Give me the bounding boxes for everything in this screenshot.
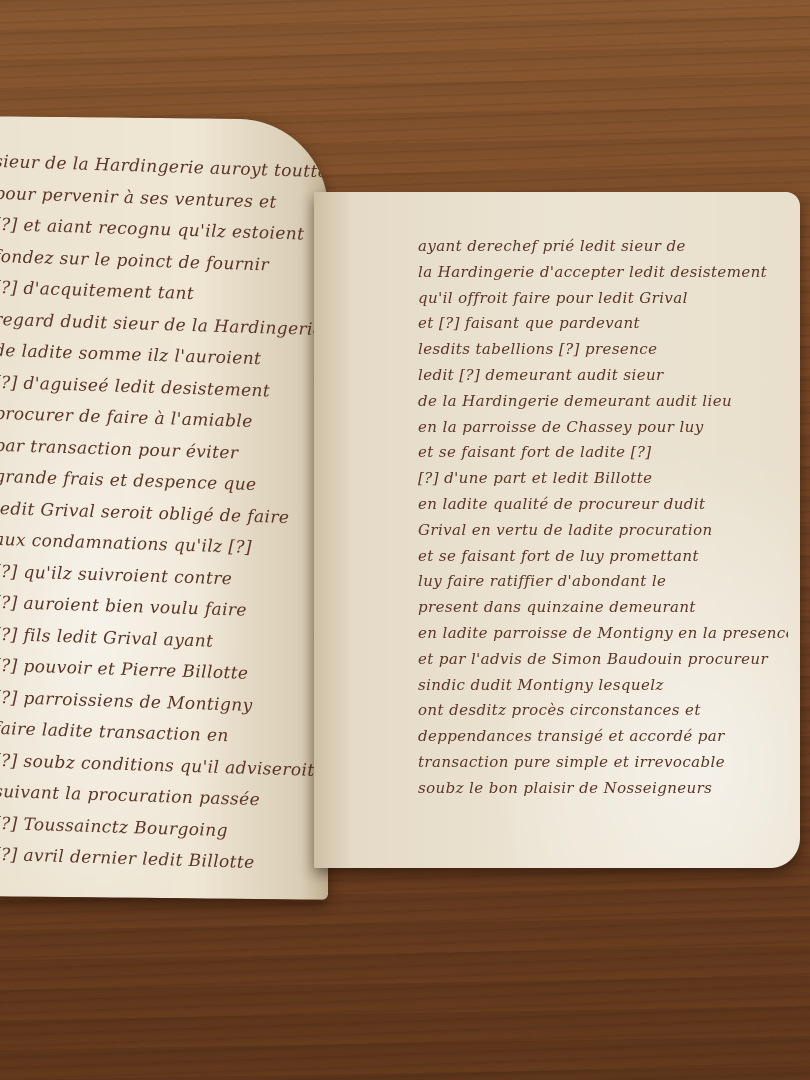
handwritten-line: transaction pure simple et irrevocable xyxy=(418,750,788,776)
handwritten-line: et par l'advis de Simon Baudouin procure… xyxy=(418,647,788,673)
handwritten-line: Grival en vertu de ladite procuration xyxy=(418,518,788,544)
left-manuscript-page: sieur de la Hardingerie auroyt toutteffo… xyxy=(0,116,328,900)
handwritten-line: et se faisant fort de ladite [?] xyxy=(418,440,788,466)
handwritten-line: ayant derechef prié ledit sieur de xyxy=(418,234,788,260)
handwritten-line: et se faisant fort de luy promettant xyxy=(418,544,788,570)
handwritten-line: de la Hardingerie demeurant audit lieu xyxy=(418,389,788,415)
handwritten-line: [?] d'une part et ledit Billotte xyxy=(418,466,788,492)
handwritten-line: lesdits tabellions [?] presence xyxy=(418,337,788,363)
handwritten-line: ledit [?] demeurant audit sieur xyxy=(418,363,788,389)
handwritten-line: deppendances transigé et accordé par xyxy=(418,724,788,750)
handwritten-line: present dans quinzaine demeurant xyxy=(418,595,788,621)
handwritten-line: en ladite parroisse de Montigny en la pr… xyxy=(418,621,788,647)
right-manuscript-page: ayant derechef prié ledit sieur de la Ha… xyxy=(314,192,800,868)
handwritten-line: soubz le bon plaisir de Nosseigneurs xyxy=(418,776,788,802)
handwritten-line: la Hardingerie d'accepter ledit desistem… xyxy=(418,260,788,286)
handwritten-line: en ladite qualité de procureur dudit xyxy=(418,492,788,518)
handwritten-line: qu'il offroit faire pour ledit Grival xyxy=(418,286,788,312)
right-page-lines: ayant derechef prié ledit sieur de la Ha… xyxy=(418,234,788,802)
handwritten-line: luy faire ratiffier d'abondant le xyxy=(418,569,788,595)
handwritten-line: et [?] faisant que pardevant xyxy=(418,311,788,337)
left-page-lines: sieur de la Hardingerie auroyt toutteffo… xyxy=(0,150,324,878)
handwritten-line: ont desditz procès circonstances et xyxy=(418,698,788,724)
handwritten-line: sindic dudit Montigny lesquelz xyxy=(418,673,788,699)
handwritten-line: en la parroisse de Chassey pour luy xyxy=(418,415,788,441)
